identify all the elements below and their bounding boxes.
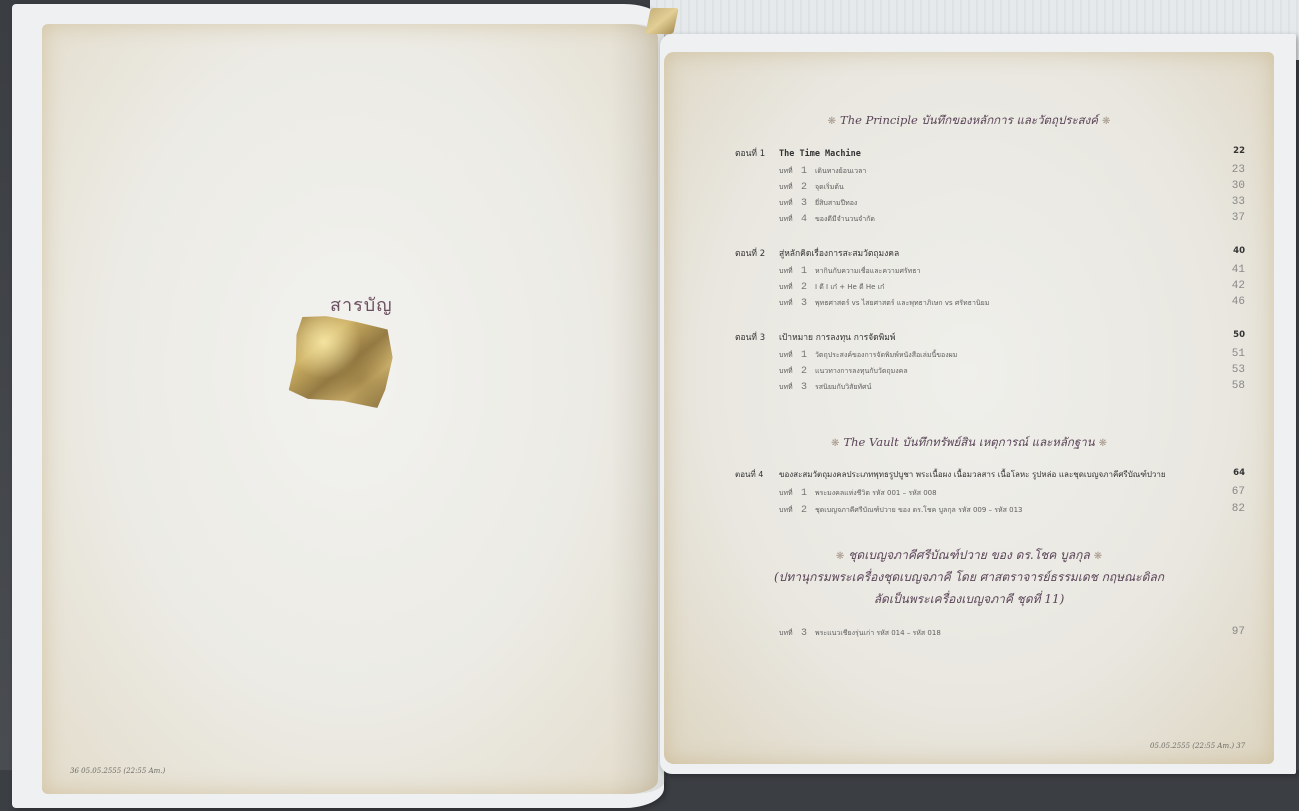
toc-chapter-2[interactable]: ตอนที่ 2สู่หลักคิดเรื่องการสะสมวัตถุมงคล… — [735, 246, 1245, 260]
spine-shadow — [610, 24, 665, 794]
flower-ornament-icon: ❋ — [1102, 116, 1110, 127]
page-number: 41 — [1232, 264, 1245, 276]
toc-lesson[interactable]: บทที่4ของดีมีจำนวนจำกัด 37 — [779, 214, 1245, 228]
toc-lesson[interactable]: บทที่3ยี่สิบสามปีทอง 33 — [779, 198, 1245, 212]
page-number: 53 — [1232, 364, 1245, 376]
page-number: 50 — [1233, 330, 1245, 340]
toc-lesson[interactable]: บทที่2จุดเริ่มต้น 30 — [779, 182, 1245, 196]
toc-lesson[interactable]: บทที่1หากินกับความเชื่อและความศรัทธา 41 — [779, 266, 1245, 280]
toc-lesson[interactable]: บทที่3พระแนวเชียงรุ่นเก่า รหัส 014 – รหั… — [779, 628, 1245, 642]
flower-ornament-icon: ❋ — [836, 551, 844, 562]
toc-lesson[interactable]: บทที่1วัตถุประสงค์ของการจัดพิมพ์หนังสือเ… — [779, 350, 1245, 364]
toc-lesson[interactable]: บทที่1พระมงคลแห่งชีวิต รหัส 001 – รหัส 0… — [779, 488, 1245, 502]
page-number: 46 — [1232, 296, 1245, 308]
left-page-footer: 36 05.05.2555 (22:55 Am.) — [70, 767, 165, 775]
toc-lesson[interactable]: บทที่2ชุดเบญจภาคีศรีบัณฑ์ปวาย ของ ดร.โชค… — [779, 505, 1245, 519]
special-section-subtitle-1: (ปทานุกรมพระเครื่องชุดเบญจภาคี โดย ศาสตร… — [664, 566, 1274, 588]
toc-lesson[interactable]: บทที่1เดินทางย้อนเวลา 23 — [779, 166, 1245, 180]
toc-lesson[interactable]: บทที่2แนวทางการลงทุนกับวัตถุมงคล 53 — [779, 366, 1245, 380]
section-header-principle: ❋The Principle บันทึกของหลักการ และวัตถุ… — [664, 112, 1274, 130]
toc-chapter-3[interactable]: ตอนที่ 3เป้าหมาย การลงทุน การจัดพิมพ์ 50 — [735, 330, 1245, 344]
left-page — [42, 24, 658, 794]
flower-ornament-icon: ❋ — [1099, 438, 1107, 449]
page-number: 37 — [1232, 212, 1245, 224]
page-number: 33 — [1232, 196, 1245, 208]
page-number: 58 — [1232, 380, 1245, 392]
bookmark-ribbon[interactable] — [645, 8, 679, 34]
toc-lesson[interactable]: บทที่3รสนิยมกับวิสัยทัศน์ 58 — [779, 382, 1245, 396]
flower-ornament-icon: ❋ — [828, 116, 836, 127]
toc-lesson[interactable]: บทที่3พุทธศาสตร์ vs ไสยศาสตร์ และพุทธาภิ… — [779, 298, 1245, 312]
page-number: 23 — [1232, 164, 1245, 176]
page-number: 67 — [1232, 486, 1245, 498]
page-number: 64 — [1233, 468, 1245, 478]
right-page-footer: 05.05.2555 (22:55 Am.) 37 — [1150, 742, 1245, 750]
page-number: 30 — [1232, 180, 1245, 192]
flower-ornament-icon: ❋ — [1094, 551, 1102, 562]
toc-chapter-4[interactable]: ตอนที่ 4ของสะสมวัตถุมงคลประเภทพุทธรูปบูช… — [735, 468, 1245, 482]
page-number: 40 — [1233, 246, 1245, 256]
section-header-vault: ❋The Vault บันทึกทรัพย์สิน เหตุการณ์ และ… — [664, 434, 1274, 452]
page-number: 22 — [1233, 146, 1245, 156]
toc-lesson[interactable]: บทที่2I ดี I เก๋ + He ดี He เก๋ 42 — [779, 282, 1245, 296]
special-section-title: ❋ชุดเบญจภาคีศรีบัณฑ์ปวาย ของ ดร.โชค บูลก… — [664, 544, 1274, 568]
flower-ornament-icon: ❋ — [831, 438, 839, 449]
toc-chapter-1[interactable]: ตอนที่ 1The Time Machine 22 — [735, 146, 1245, 160]
special-section-subtitle-2: ลัดเป็นพระเครื่องเบญจภาคี ชุดที่ 11) — [664, 588, 1274, 610]
page-number: 42 — [1232, 280, 1245, 292]
page-number: 51 — [1232, 348, 1245, 360]
page-number: 97 — [1232, 626, 1245, 638]
page-number: 82 — [1232, 503, 1245, 515]
table-of-contents-title: สารบัญ — [330, 290, 393, 319]
